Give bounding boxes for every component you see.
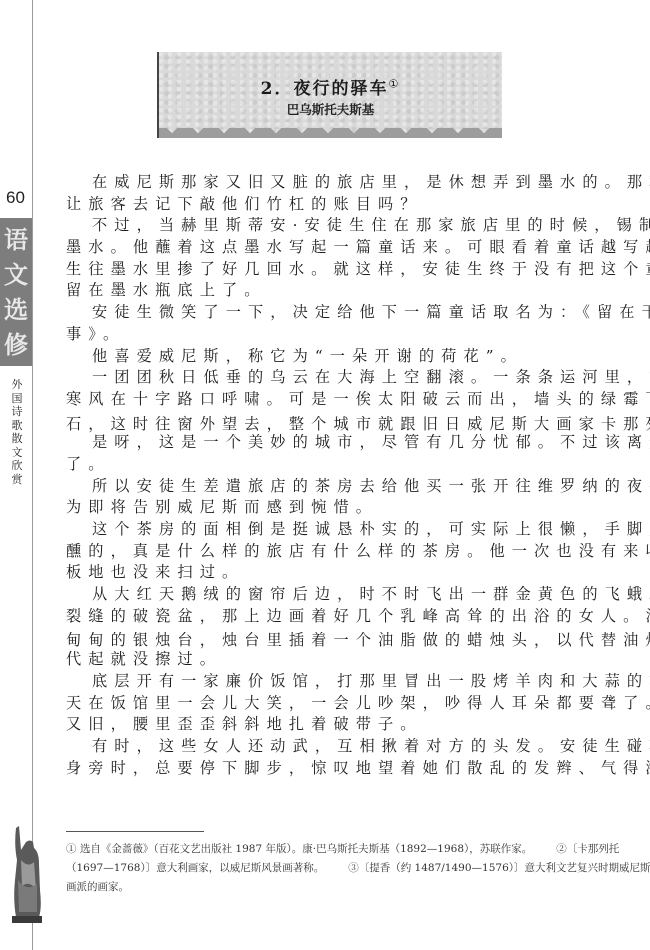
chapter-title-banner: 2．夜行的驿车① 巴乌斯托夫斯基: [157, 52, 502, 138]
text-line: 事》。: [66, 324, 636, 346]
text-line: 了。: [66, 454, 636, 476]
text-line: 安徒生微笑了一下，决定给他下一篇童话取名为：《留在干涸了的墨水瓶底上的故: [66, 302, 636, 324]
text-line: 从大红天鹅绒的窗帘后边，时不时飞出一群金黄色的飞蛾。洗脸只好用一只已经有了: [66, 584, 636, 606]
text-line: 板地也没来扫过。: [66, 562, 636, 584]
text-line: 身旁时，总要停下脚步，惊叹地望着她们散乱的发辫、气得涨红的脸蛋和燃烧着复仇之火: [66, 758, 636, 780]
text-line: 他喜爱威尼斯，称它为“一朵开谢的荷花”。: [66, 346, 636, 368]
text-line: 寒风在十字路口呼啸。可是一俟太阳破云而出，墙头的绿霉下便立即露出玫瑰红的大理: [66, 389, 636, 411]
text-line: 甸甸的银烛台，烛台里插着一个油脂做的蜡烛头，以代替油灯。这副烛台大概从提香③时: [66, 627, 636, 649]
text-line: 底层开有一家廉价饭馆，打那里冒出一股烤羊肉和大蒜的浓烈气味。一群年轻女人整: [66, 671, 636, 693]
series-title-block: 语 文 选 修: [0, 218, 32, 366]
text-line: 石，这时往窗外望去，整个城市就跟旧日威尼斯大画家卡那列托②的画一样绚烂多姿。: [66, 411, 636, 433]
text-line: 为即将告别威尼斯而感到惋惜。: [66, 497, 636, 519]
text-line: 这个茶房的面相倒是挺诚恳朴实的，可实际上很懒，手脚又很不干净，终日喝得醉醺: [66, 519, 636, 541]
series-title-char: 修: [4, 332, 28, 358]
series-title-char: 文: [4, 262, 28, 288]
series-title-char: 选: [4, 297, 28, 323]
text-line: 所以安徒生差遣旅店的茶房去给他买一张开往维罗纳的夜行驿车的车票时，并不怎么: [66, 476, 636, 498]
text-line: 代起就没擦过。: [66, 649, 636, 671]
footnote-line: （1697—1768）〕意大利画家，以威尼斯风景画著称。③〔提香（约 1487/…: [66, 859, 636, 878]
text-line: 醺的，真是什么样的旅店有什么样的茶房。他一次也没有来收拾过安徒生住的房间，连石: [66, 541, 636, 563]
zigzag-border: [159, 128, 502, 138]
text-line: 又旧，腰里歪歪斜斜地扎着破带子。: [66, 714, 636, 736]
text-line: 让旅客去记下敲他们竹杠的账目吗？: [66, 194, 636, 216]
footnote-line: ① 选自《金蔷薇》（百花文艺出版社 1987 年版）。康·巴乌斯托夫斯基（189…: [66, 840, 636, 859]
series-title-char: 语: [4, 227, 28, 253]
text-line: 天在饭馆里一会儿大笑，一会儿吵架，吵得人耳朵都要聋了。她们身上的天鹅绒胸衣又破: [66, 693, 636, 715]
text-line: 不过，当赫里斯蒂安·安徒生住在那家旅店里的时候，锡制的墨水瓶里倒还剩有一点: [66, 215, 636, 237]
footnote-line: 画派的画家。: [66, 878, 636, 897]
text-line: 有时，这些女人还动武，互相揪着对方的头发。安徒生碰巧走过这帮大打出手的女人: [66, 736, 636, 758]
volume-caption: 外国诗歌散文欣赏: [9, 378, 25, 486]
text-line: 一团团秋日低垂的乌云在大海上空翻滚。一条条运河里，污浊的河水哗哗地流淌着。: [66, 367, 636, 389]
footnote-marker: ①: [388, 77, 400, 90]
body-text: 在威尼斯那家又旧又脏的旅店里，是休想弄到墨水的。那种地方干吗要备墨水呢？好让旅客…: [66, 172, 636, 779]
chapter-title: 2．夜行的驿车①: [159, 74, 502, 99]
statue-illustration-icon: [6, 820, 46, 925]
text-line: 留在墨水瓶底上了。: [66, 280, 636, 302]
footnotes: ① 选自《金蔷薇》（百花文艺出版社 1987 年版）。康·巴乌斯托夫斯基（189…: [66, 840, 636, 897]
text-line: 是呀，这是一个美妙的城市，尽管有几分忧郁。不过该离开这儿，到其他城市去游历: [66, 432, 636, 454]
page-number: 60: [6, 188, 25, 208]
text-line: 生往墨水里掺了好几回水。就这样，安徒生终于没有把这个童话写完——童话愉快的结尾: [66, 259, 636, 281]
margin-rule: [32, 0, 33, 950]
text-line: 裂缝的破瓷盆，那上边画着好几个乳峰高耸的出浴的女人。油灯已经破掉，桌上有一副沉: [66, 606, 636, 628]
text-line: 在威尼斯那家又旧又脏的旅店里，是休想弄到墨水的。那种地方干吗要备墨水呢？好: [66, 172, 636, 194]
footnote-divider: [66, 831, 204, 832]
author-name: 巴乌斯托夫斯基: [159, 100, 502, 118]
text-line: 墨水。他蘸着这点墨水写起一篇童话来。可眼看着童话越写越淡，没有了颜色，原来安徒: [66, 237, 636, 259]
